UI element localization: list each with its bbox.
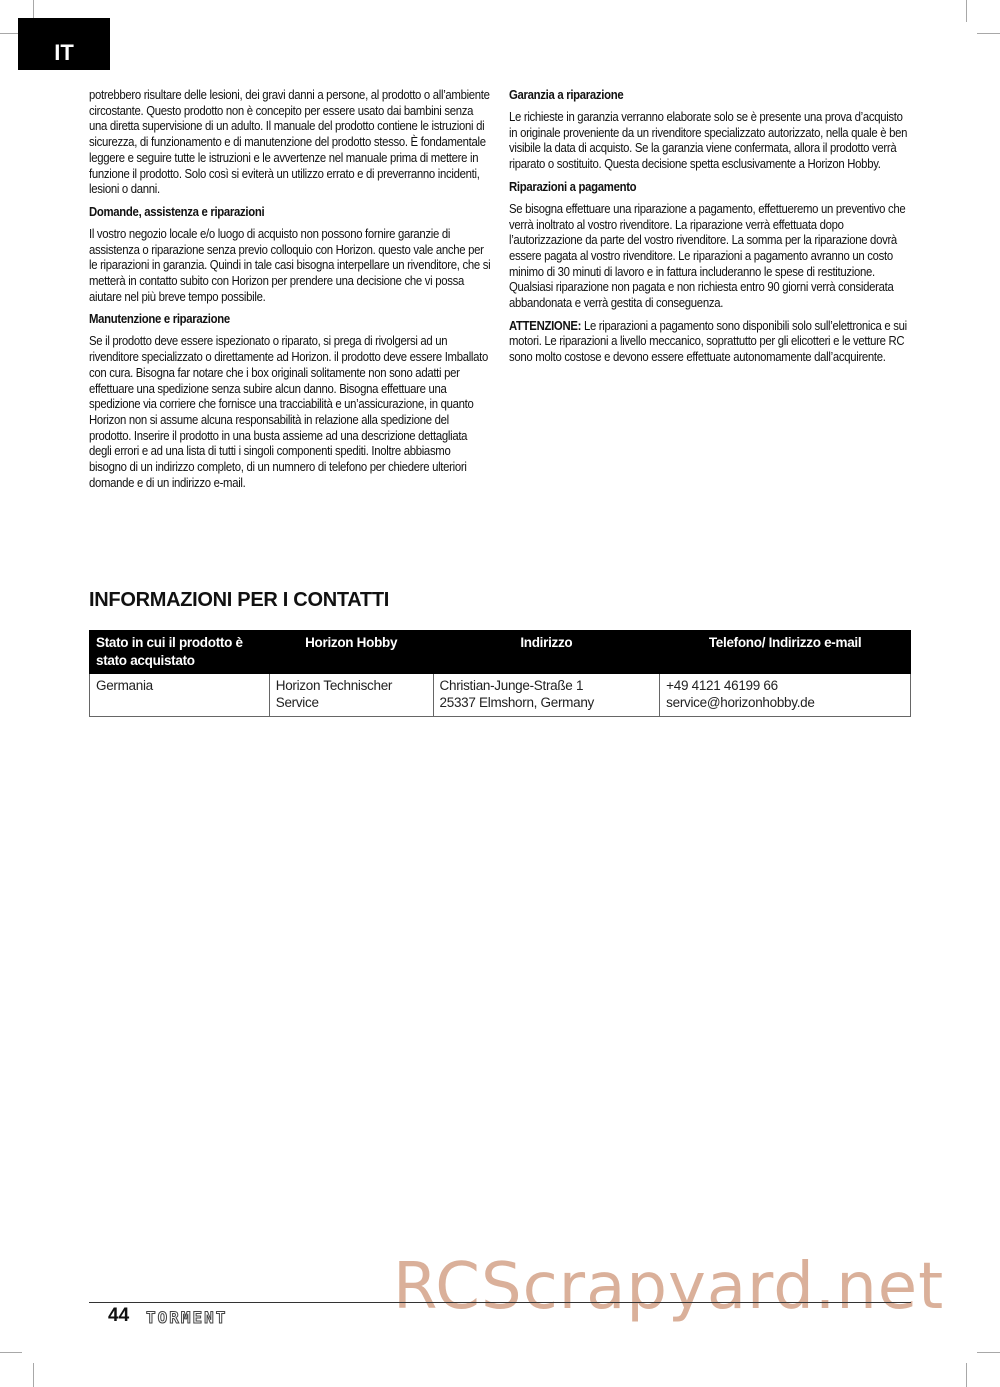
- section-body-riparazioni-pagamento: Se bisogna effettuare una riparazione a …: [509, 201, 911, 311]
- section-heading-garanzia: Garanzia a riparazione: [509, 87, 911, 103]
- address-line-1: Christian-Junge-Straße 1: [440, 677, 654, 694]
- section-body-domande: Il vostro negozio locale e/o luogo di ac…: [89, 226, 491, 305]
- phone-number: +49 4121 46199 66: [666, 677, 904, 694]
- section-heading-riparazioni-pagamento: Riparazioni a pagamento: [509, 179, 911, 195]
- header-address: Indirizzo: [433, 631, 660, 674]
- crop-mark: [966, 1363, 967, 1387]
- section-heading-domande: Domande, assistenza e riparazioni: [89, 204, 491, 220]
- table-header-row: Stato in cui il prodotto è stato acquist…: [90, 631, 911, 674]
- footer-rule: [89, 1302, 911, 1303]
- header-company: Horizon Hobby: [269, 631, 433, 674]
- warning-paragraph: ATTENZIONE: Le riparazioni a pagamento s…: [509, 318, 911, 365]
- cell-company: Horizon Technischer Service: [269, 674, 433, 717]
- table-row: Germania Horizon Technischer Service Chr…: [90, 674, 911, 717]
- crop-mark: [0, 1352, 22, 1353]
- contacts-table: Stato in cui il prodotto è stato acquist…: [89, 630, 911, 717]
- left-column: potrebbero risultare delle lesioni, dei …: [89, 87, 491, 497]
- right-column: Garanzia a riparazione Le richieste in g…: [509, 87, 911, 372]
- intro-paragraph: potrebbero risultare delle lesioni, dei …: [89, 87, 491, 197]
- crop-mark: [33, 1363, 34, 1387]
- header-contact: Telefono/ Indirizzo e-mail: [660, 631, 911, 674]
- cell-contact: +49 4121 46199 66 service@horizonhobby.d…: [660, 674, 911, 717]
- contacts-title: INFORMAZIONI PER I CONTATTI: [89, 589, 389, 612]
- address-line-2: 25337 Elmshorn, Germany: [440, 694, 654, 711]
- section-body-manutenzione: Se il prodotto deve essere ispezionato o…: [89, 333, 491, 490]
- warning-label: ATTENZIONE:: [509, 318, 581, 333]
- section-heading-manutenzione: Manutenzione e riparazione: [89, 311, 491, 327]
- language-tab: IT: [18, 18, 110, 70]
- cell-address: Christian-Junge-Straße 1 25337 Elmshorn,…: [433, 674, 660, 717]
- cell-country: Germania: [90, 674, 270, 717]
- page-number: 44: [108, 1305, 129, 1327]
- watermark: RCScrapyard.net: [393, 1250, 944, 1324]
- section-body-garanzia: Le richieste in garanzia verranno elabor…: [509, 109, 911, 172]
- product-logo: TORMENT: [146, 1308, 227, 1327]
- email-address[interactable]: service@horizonhobby.de: [666, 694, 904, 711]
- header-country: Stato in cui il prodotto è stato acquist…: [90, 631, 270, 674]
- crop-mark: [966, 0, 967, 22]
- crop-mark: [977, 1352, 1000, 1353]
- crop-mark: [977, 33, 1000, 34]
